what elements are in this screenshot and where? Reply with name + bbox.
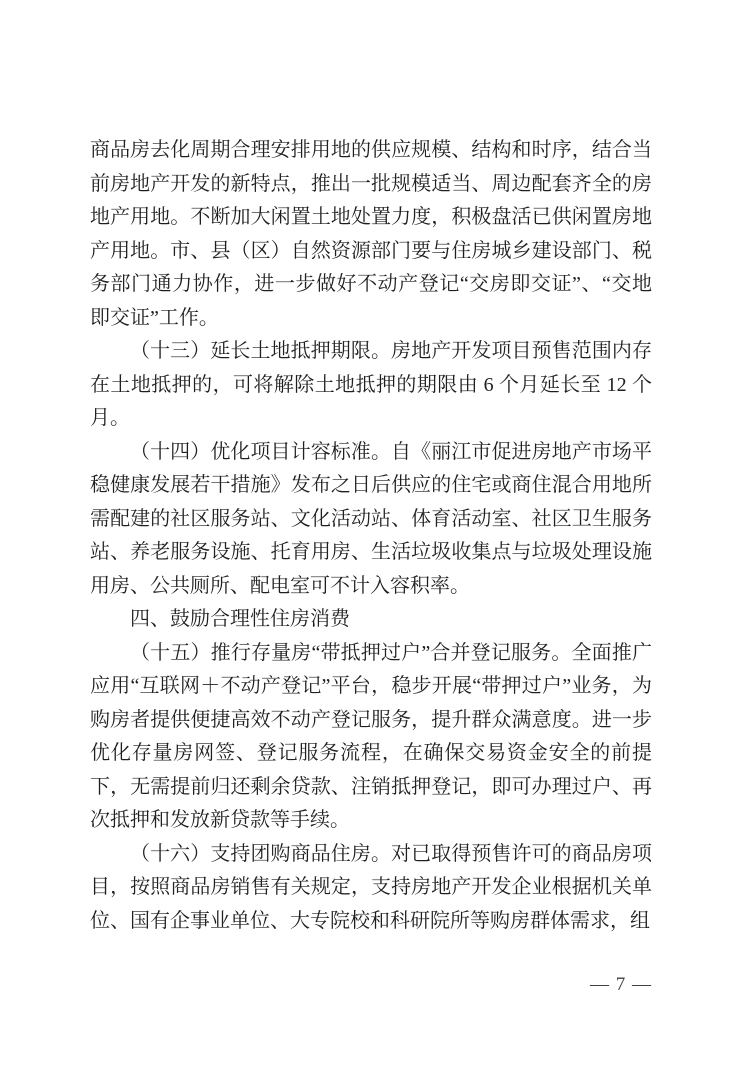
paragraph-item-13-land-mortgage-extension: （十三）延长土地抵押期限。房地产开发项目预售范围内存在土地抵押的，可将解除土地抵… [90, 335, 652, 436]
page-number: — 7 — [590, 974, 652, 996]
document-page: 商品房去化周期合理安排用地的供应规模、结构和时序，结合当前房地产开发的新特点，推… [0, 0, 740, 1078]
paragraph-land-supply-continuation: 商品房去化周期合理安排用地的供应规模、结构和时序，结合当前房地产开发的新特点，推… [90, 134, 652, 335]
document-body: 商品房去化周期合理安排用地的供应规模、结构和时序，结合当前房地产开发的新特点，推… [90, 134, 652, 938]
paragraph-item-16-group-purchase-housing: （十六）支持团购商品住房。对已取得预售许可的商品房项目，按照商品房销售有关规定，… [90, 838, 652, 939]
paragraph-item-14-plot-ratio-standards: （十四）优化项目计容标准。自《丽江市促进房地产市场平稳健康发展若干措施》发布之日… [90, 436, 652, 604]
section-heading-encourage-housing-consumption: 四、鼓励合理性住房消费 [90, 603, 652, 637]
paragraph-item-15-mortgage-transfer-registration: （十五）推行存量房“带抵押过户”合并登记服务。全面推广应用“互联网＋不动产登记”… [90, 637, 652, 838]
